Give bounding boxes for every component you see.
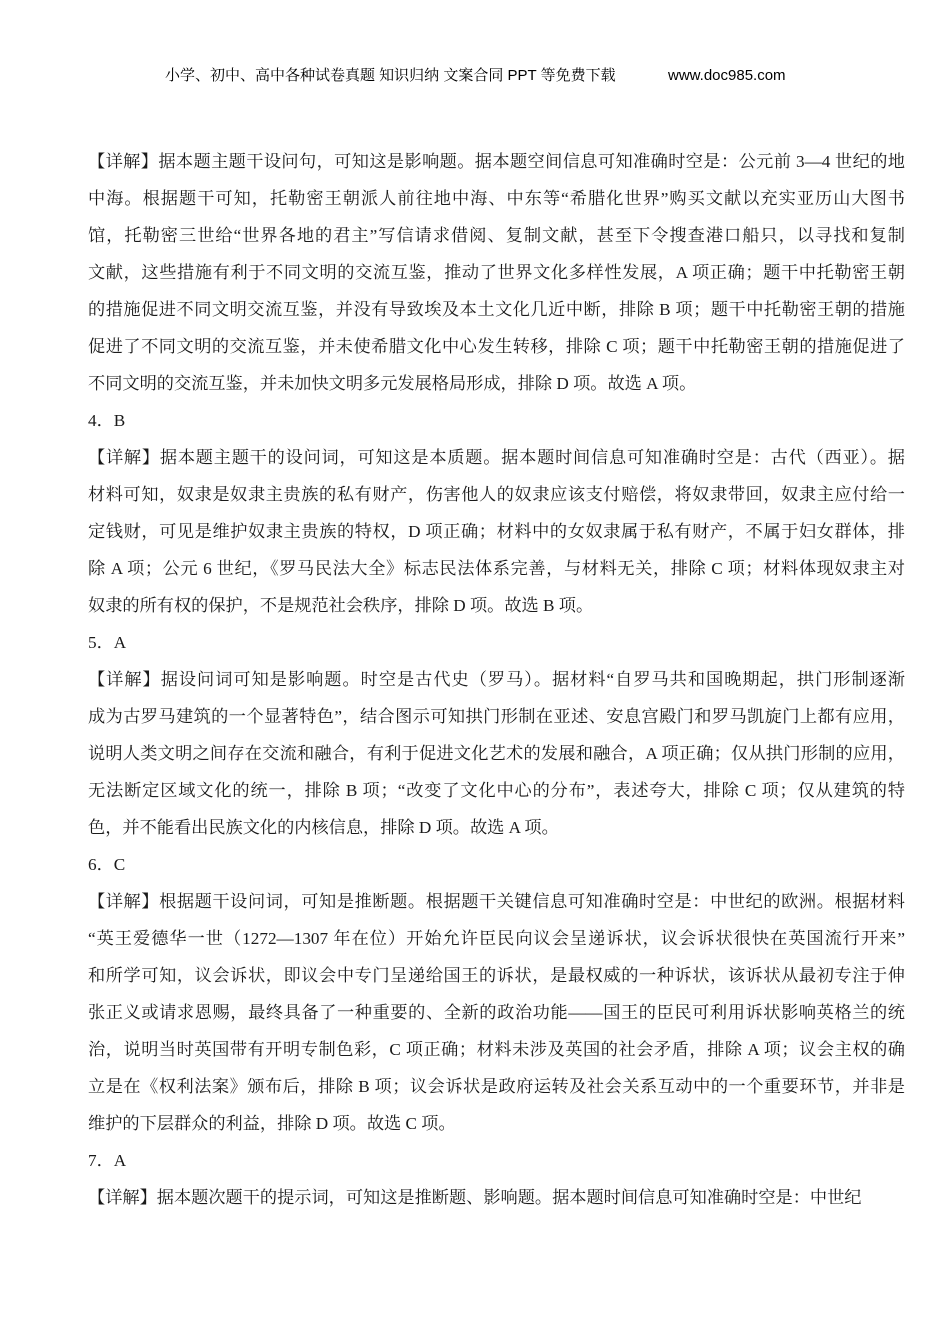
text-line: 的措施促进不同文明交流互鉴，并没有导致埃及本土文化几近中断，排除 B 项；题干中… [88, 291, 905, 328]
text-line: 材料可知，奴隶是奴隶主贵族的私有财产，伤害他人的奴隶应该支付赔偿，将奴隶带回，奴… [88, 476, 905, 513]
answer-line: 4．B [88, 402, 905, 439]
header-site-url[interactable]: www.doc985.com [668, 66, 786, 86]
answer-line: 7．A [88, 1142, 905, 1179]
text-line: 和所学可知，议会诉状，即议会中专门呈递给国王的诉状，是最权威的一种诉状，该诉状从… [88, 957, 905, 994]
text-line: 说明人类文明之间存在交流和融合，有利于促进文化艺术的发展和融合，A 项正确；仅从… [88, 735, 905, 772]
text-line: 【详解】据本题主题干设问句，可知这是影响题。据本题空间信息可知准确时空是：公元前… [88, 143, 905, 180]
text-line: 【详解】据本题主题干的设问词，可知这是本质题。据本题时间信息可知准确时空是：古代… [88, 439, 905, 476]
text-line: 奴隶的所有权的保护，不是规范社会秩序，排除 D 项。故选 B 项。 [88, 587, 905, 624]
document-body: 【详解】据本题主题干设问句，可知这是影响题。据本题空间信息可知准确时空是：公元前… [88, 143, 905, 1216]
text-line: 促进了不同文明的交流互鉴，并未使希腊文化中心发生转移，排除 C 项；题干中托勒密… [88, 328, 905, 365]
text-line: 定钱财，可见是维护奴隶主贵族的特权，D 项正确；材料中的女奴隶属于私有财产，不属… [88, 513, 905, 550]
text-line: 成为古罗马建筑的一个显著特色”，结合图示可知拱门形制在亚述、安息宫殿门和罗马凯旋… [88, 698, 905, 735]
document-page: 小学、初中、高中各种试卷真题 知识归纳 文案合同 PPT 等免费下载 www.d… [0, 0, 950, 1344]
answer-line: 6．C [88, 846, 905, 883]
text-line: 无法断定区域文化的统一，排除 B 项；“改变了文化中心的分布”，表述夸大，排除 … [88, 772, 905, 809]
text-line: 维护的下层群众的利益，排除 D 项。故选 C 项。 [88, 1105, 905, 1142]
text-line: 【详解】根据题干设问词，可知是推断题。根据题干关键信息可知准确时空是：中世纪的欧… [88, 883, 905, 920]
text-line: 馆，托勒密三世给“世界各地的君主”写信请求借阅、复制文献，甚至下令搜查港口船只，… [88, 217, 905, 254]
text-line: 文献，这些措施有利于不同文明的交流互鉴，推动了世界文化多样性发展，A 项正确；题… [88, 254, 905, 291]
text-line: 中海。根据题干可知，托勒密王朝派人前往地中海、中东等“希腊化世界”购买文献以充实… [88, 180, 905, 217]
text-line: 除 A 项；公元 6 世纪，《罗马民法大全》标志民法体系完善，与材料无关，排除 … [88, 550, 905, 587]
text-line: 【详解】据设问词可知是影响题。时空是古代史（罗马）。据材料“自罗马共和国晚期起，… [88, 661, 905, 698]
text-line: “英王爱德华一世（1272—1307 年在位）开始允许臣民向议会呈递诉状，议会诉… [88, 920, 905, 957]
text-line: 色，并不能看出民族文化的内核信息，排除 D 项。故选 A 项。 [88, 809, 905, 846]
text-line: 立是在《权利法案》颁布后，排除 B 项；议会诉状是政府运转及社会关系互动中的一个… [88, 1068, 905, 1105]
text-line: 【详解】据本题次题干的提示词，可知这是推断题、影响题。据本题时间信息可知准确时空… [88, 1179, 905, 1216]
text-line: 张正义或请求恩赐，最终具备了一种重要的、全新的政治功能——国王的臣民可利用诉状影… [88, 994, 905, 1031]
header-promo-text: 小学、初中、高中各种试卷真题 知识归纳 文案合同 PPT 等免费下载 [165, 66, 616, 86]
text-line: 治，说明当时英国带有开明专制色彩，C 项正确；材料未涉及英国的社会矛盾，排除 A… [88, 1031, 905, 1068]
text-line: 不同文明的交流互鉴，并未加快文明多元发展格局形成，排除 D 项。故选 A 项。 [88, 365, 905, 402]
answer-line: 5．A [88, 624, 905, 661]
